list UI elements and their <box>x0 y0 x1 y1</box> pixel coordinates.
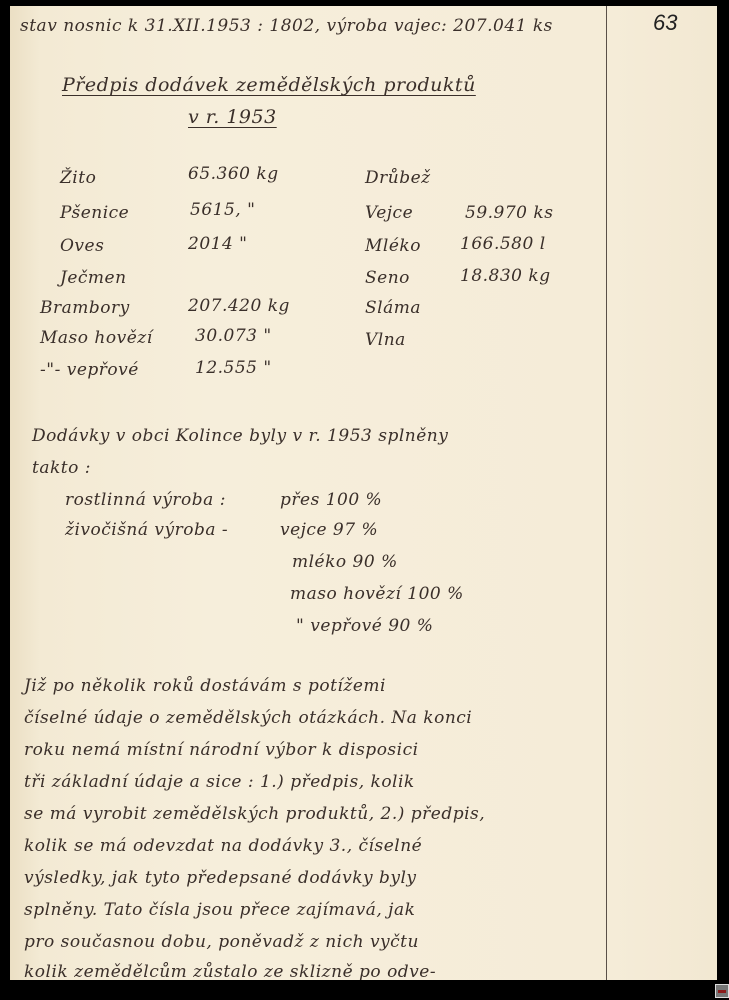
quota-item: Seno <box>365 268 410 288</box>
quota-item: Ječmen <box>60 268 127 288</box>
page-number: 63 <box>653 10 677 36</box>
fulfillment-detail: přes 100 % <box>280 490 382 510</box>
quota-item: Mléko <box>365 236 421 256</box>
fulfillment-detail: vejce 97 % <box>280 520 378 540</box>
paragraph-line: kolik zemědělcům zůstalo ze sklizně po o… <box>24 962 436 980</box>
quota-value: 12.555 " <box>195 358 272 378</box>
quota-item: Brambory <box>40 298 130 318</box>
fulfillment-intro-2: takto : <box>32 458 91 478</box>
paragraph-line: Již po několik roků dostávám s potížemi <box>24 676 386 696</box>
paragraph-line: splněny. Tato čísla jsou přece zajímavá,… <box>24 900 415 920</box>
quota-value: 166.580 l <box>460 234 546 254</box>
title-line-2: v r. 1953 <box>188 106 277 128</box>
minimize-icon[interactable] <box>715 984 729 998</box>
paragraph-line: číselné údaje o zemědělských otázkách. N… <box>24 708 472 728</box>
quota-item: -"- vepřové <box>40 360 139 380</box>
quota-item: Vejce <box>365 203 413 223</box>
quota-item: Drůbež <box>365 168 431 188</box>
paragraph-line: roku nemá místní národní výbor k disposi… <box>24 740 419 760</box>
fulfillment-detail: maso hovězí 100 % <box>290 584 464 604</box>
quota-item: Maso hovězí <box>40 328 153 348</box>
quota-item: Pšenice <box>60 203 129 223</box>
fulfillment-detail: " vepřové 90 % <box>296 616 433 636</box>
fulfillment-detail: mléko 90 % <box>292 552 398 572</box>
paragraph-line: se má vyrobit zemědělských produktů, 2.)… <box>24 804 485 824</box>
fulfillment-label: živočišná výroba - <box>65 520 228 540</box>
quota-item: Vlna <box>365 330 406 350</box>
document-page: 63 stav nosnic k 31.XII.1953 : 1802, výr… <box>10 6 717 980</box>
paragraph-line: tři základní údaje a sice : 1.) předpis,… <box>24 772 415 792</box>
quota-item: Žito <box>60 168 96 188</box>
quota-item: Sláma <box>365 298 421 318</box>
fulfillment-intro: Dodávky v obci Kolince byly v r. 1953 sp… <box>32 426 448 446</box>
margin-line <box>606 6 607 980</box>
quota-value: 65.360 kg <box>188 164 279 184</box>
quota-value: 2014 " <box>188 234 248 254</box>
paragraph-line: kolik se má odevzdat na dodávky 3., číse… <box>24 836 422 856</box>
quota-value: 5615, " <box>190 200 255 220</box>
paragraph-line: pro současnou dobu, poněvadž z nich vyčt… <box>24 932 419 952</box>
quota-item: Oves <box>60 236 104 256</box>
quota-value: 30.073 " <box>195 326 272 346</box>
title-line-1: Předpis dodávek zemědělských produktů <box>62 74 476 96</box>
paragraph-line: výsledky, jak tyto předepsané dodávky by… <box>24 868 417 888</box>
header-line: stav nosnic k 31.XII.1953 : 1802, výroba… <box>20 16 553 36</box>
fulfillment-label: rostlinná výroba : <box>65 490 226 510</box>
quota-value: 207.420 kg <box>188 296 290 316</box>
quota-value: 59.970 ks <box>465 203 553 223</box>
quota-value: 18.830 kg <box>460 266 551 286</box>
